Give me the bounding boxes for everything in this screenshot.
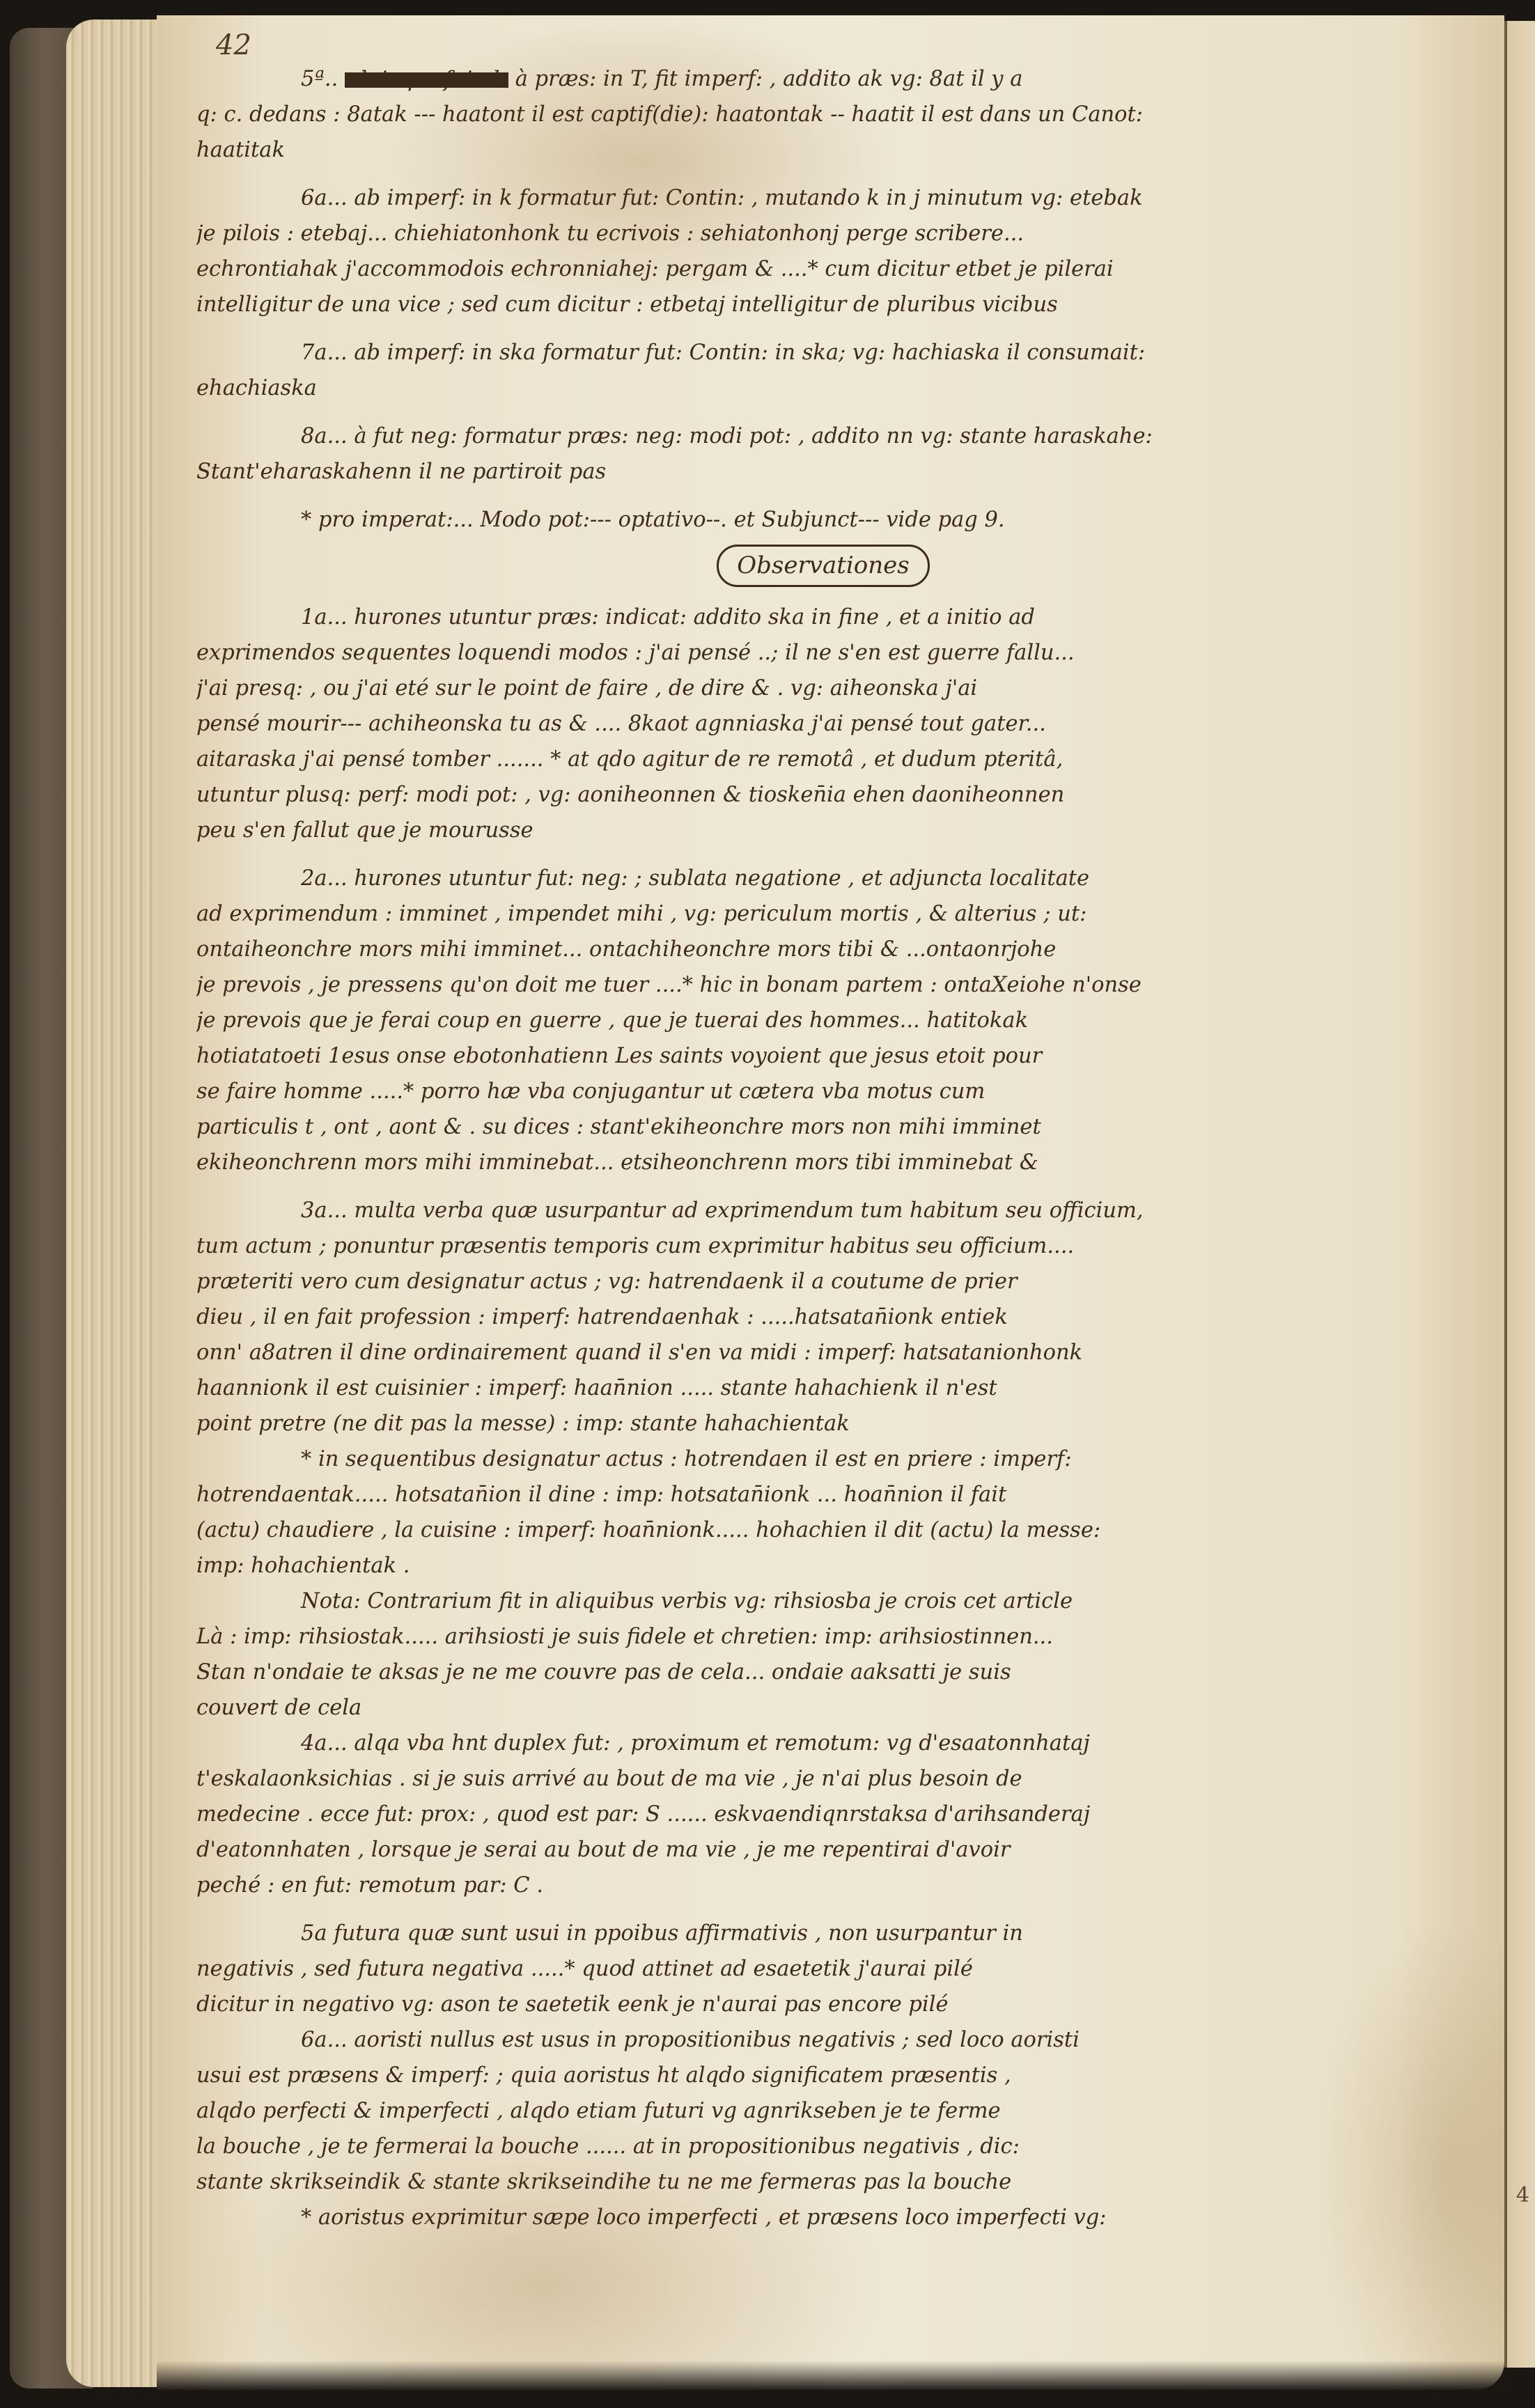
observation-6a: 6a... aoristi nullus est usus in proposi… <box>196 2022 1506 2200</box>
rule-7a: 7a... ab imperf: in ska formatur fut: Co… <box>196 335 1506 406</box>
text-line: je pilois : etebaj... chiehiatonhonk tu … <box>196 216 1506 251</box>
rule-number: 5ª.. <box>301 67 345 91</box>
text-line: tum actum ; ponuntur præsentis temporis … <box>196 1228 1506 1264</box>
rule-6a: 6a... ab imperf: in k formatur fut: Cont… <box>196 180 1506 322</box>
text-line: la bouche , je te fermerai la bouche ...… <box>196 2129 1506 2164</box>
text-line: ehachiaska <box>196 370 1506 406</box>
observation-3a-note: * in sequentibus designatur actus : hotr… <box>196 1441 1506 1584</box>
text-line: 3a... multa verba quæ usurpantur ad expr… <box>196 1193 1506 1228</box>
text-line: t'eskalaonksichias . si je suis arrivé a… <box>196 1761 1506 1797</box>
text-line: alqdo perfecti & imperfecti , alqdo etia… <box>196 2093 1506 2129</box>
text-line-rest: à præs: in T, fit imperf: , addito ak vg… <box>508 67 1022 91</box>
text-line: echrontiahak j'accommodois echronniahej:… <box>196 251 1506 287</box>
struck-through-text: ab imperf: in k <box>345 72 508 88</box>
text-line: 1a... hurones utuntur præs: indicat: add… <box>196 600 1506 635</box>
text-line: * pro imperat:... Modo pot:--- optativo-… <box>196 502 1506 538</box>
text-line: 6a... ab imperf: in k formatur fut: Cont… <box>196 180 1506 216</box>
text-line: * in sequentibus designatur actus : hotr… <box>196 1441 1506 1477</box>
text-line: 6a... aoristi nullus est usus in proposi… <box>196 2022 1506 2058</box>
text-line: imp: hohachientak . <box>196 1548 1506 1584</box>
text-line: 5ª.. ab imperf: in k à præs: in T, fit i… <box>196 61 1506 97</box>
section-heading-wrap: Observationes <box>196 545 1506 587</box>
text-line: stante skrikseindik & stante skrikseindi… <box>196 2164 1506 2200</box>
text-line: Là : imp: rihsiostak..... arihsiosti je … <box>196 1619 1506 1655</box>
manuscript-text: 5ª.. ab imperf: in k à præs: in T, fit i… <box>196 61 1506 2235</box>
text-line: exprimendos sequentes loquendi modos : j… <box>196 635 1506 671</box>
text-line: dicitur in negativo vg: ason te saetetik… <box>196 1987 1506 2022</box>
note-imperative: * pro imperat:... Modo pot:--- optativo-… <box>196 502 1506 538</box>
text-line: ekiheonchrenn mors mihi imminebat... ets… <box>196 1145 1506 1180</box>
text-line: hotrendaentak..... hotsatan̄ion il dine … <box>196 1477 1506 1512</box>
observation-4a: 4a... alqa vba hnt duplex fut: , proximu… <box>196 1726 1506 1903</box>
text-line: hotiatatoeti 1esus onse ebotonhatienn Le… <box>196 1038 1506 1074</box>
text-line: negativis , sed futura negativa .....* q… <box>196 1951 1506 1987</box>
text-line: 7a... ab imperf: in ska formatur fut: Co… <box>196 335 1506 370</box>
text-line: pensé mourir--- achiheonska tu as & ....… <box>196 706 1506 742</box>
text-line: particulis t , ont , aont & . su dices :… <box>196 1109 1506 1145</box>
text-line: 2a... hurones utuntur fut: neg: ; sublat… <box>196 861 1506 896</box>
text-line: peu s'en fallut que je mourusse <box>196 813 1506 848</box>
text-line: 4a... alqa vba hnt duplex fut: , proximu… <box>196 1726 1506 1761</box>
text-line: q: c. dedans : 8atak --- haatont il est … <box>196 97 1506 132</box>
text-line: onn' a8atren il dine ordinairement quand… <box>196 1335 1506 1370</box>
text-line: se faire homme .....* porro hæ vba conju… <box>196 1074 1506 1109</box>
text-line: ad exprimendum : imminet , impendet mihi… <box>196 896 1506 932</box>
observation-2a: 2a... hurones utuntur fut: neg: ; sublat… <box>196 861 1506 1180</box>
text-line: 5a futura quæ sunt usui in ppoibus affir… <box>196 1916 1506 1951</box>
observation-3a: 3a... multa verba quæ usurpantur ad expr… <box>196 1193 1506 1441</box>
text-line: haatitak <box>196 132 1506 168</box>
text-line: * aoristus exprimitur sæpe loco imperfec… <box>196 2200 1506 2235</box>
text-line: haannionk il est cuisinier : imperf: haa… <box>196 1370 1506 1406</box>
text-line: d'eatonnhaten , lorsque je serai au bout… <box>196 1832 1506 1868</box>
text-line: Stan n'ondaie te aksas je ne me couvre p… <box>196 1655 1506 1690</box>
next-page-margin-mark: 4 <box>1516 2183 1529 2207</box>
text-line: dieu , il en fait profession : imperf: h… <box>196 1299 1506 1335</box>
text-line: point pretre (ne dit pas la messe) : imp… <box>196 1406 1506 1441</box>
text-line: couvert de cela <box>196 1690 1506 1726</box>
text-line: j'ai presq: , ou j'ai eté sur le point d… <box>196 671 1506 706</box>
text-line: usui est præsens & imperf: ; quia aorist… <box>196 2058 1506 2093</box>
text-line: ontaiheonchre mors mihi imminet... ontac… <box>196 932 1506 967</box>
text-line: intelligitur de una vice ; sed cum dicit… <box>196 287 1506 322</box>
text-line: utuntur plusq: perf: modi pot: , vg: aon… <box>196 777 1506 813</box>
nota: Nota: Contrarium fit in aliquibus verbis… <box>196 1584 1506 1726</box>
text-line: aitaraska j'ai pensé tomber ....... * at… <box>196 742 1506 777</box>
text-line: Stant'eharaskahenn il ne partiroit pas <box>196 454 1506 490</box>
observation-1a: 1a... hurones utuntur præs: indicat: add… <box>196 600 1506 848</box>
text-line: medecine . ecce fut: prox: , quod est pa… <box>196 1797 1506 1832</box>
text-line: (actu) chaudiere , la cuisine : imperf: … <box>196 1512 1506 1548</box>
rule-5a: 5ª.. ab imperf: in k à præs: in T, fit i… <box>196 61 1506 168</box>
rule-8a: 8a... à fut neg: formatur præs: neg: mod… <box>196 419 1506 490</box>
observation-5a: 5a futura quæ sunt usui in ppoibus affir… <box>196 1916 1506 2022</box>
page-bottom-shadow <box>157 2361 1504 2391</box>
text-line: præteriti vero cum designatur actus ; vg… <box>196 1264 1506 1299</box>
observation-6a-note: * aoristus exprimitur sæpe loco imperfec… <box>196 2200 1506 2235</box>
text-line: je prevois que je ferai coup en guerre ,… <box>196 1003 1506 1038</box>
page-number: 42 <box>216 29 251 61</box>
next-page-edge <box>1504 21 1535 2368</box>
section-heading: Observationes <box>717 545 929 587</box>
text-line: Nota: Contrarium fit in aliquibus verbis… <box>196 1584 1506 1619</box>
text-line: je prevois , je pressens qu'on doit me t… <box>196 967 1506 1003</box>
text-line: peché : en fut: remotum par: C . <box>196 1868 1506 1903</box>
text-line: 8a... à fut neg: formatur præs: neg: mod… <box>196 419 1506 454</box>
